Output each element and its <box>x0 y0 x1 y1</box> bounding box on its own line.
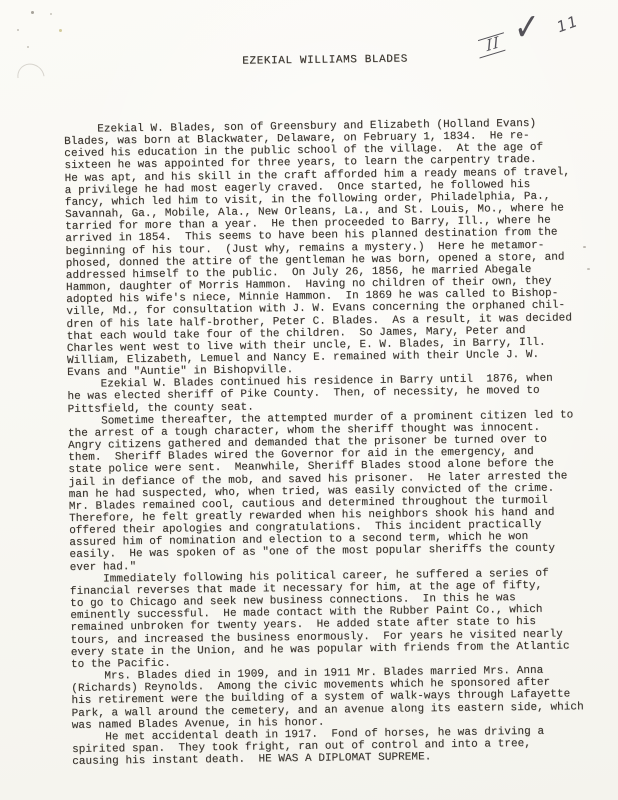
paragraph-business-career: Immediately following his political care… <box>70 567 601 671</box>
scan-speck <box>31 11 34 14</box>
typewritten-content: EZEKIAL WILLIAMS BLADES Ezekial W. Blade… <box>63 50 602 768</box>
page-title: EZEKIAL WILLIAMS BLADES <box>57 50 593 71</box>
handwritten-checkmark-icon: ✓ <box>513 8 540 46</box>
document-body: Ezekial W. Blades, son of Greensbury and… <box>64 117 602 768</box>
scan-speck <box>27 46 29 48</box>
paragraph-later-life: Mrs. Blades died in 1909, and in 1911 Mr… <box>71 664 602 732</box>
paragraph-death: He met accidental death in 1917. Fond of… <box>72 725 602 768</box>
scan-smudge <box>12 58 50 96</box>
handwritten-tally-icon: 11 <box>555 14 581 36</box>
paragraph-biography-early-life: Ezekial W. Blades, son of Greensbury and… <box>64 117 597 379</box>
scan-speck <box>17 29 19 31</box>
scan-speck <box>50 13 52 15</box>
paragraph-mob-incident: Sometime thereafter, the attempted murde… <box>68 409 600 574</box>
scan-speck <box>59 29 62 32</box>
scanned-page: II ✓ 11 EZEKIAL WILLIAMS BLADES Ezekial … <box>0 0 618 800</box>
